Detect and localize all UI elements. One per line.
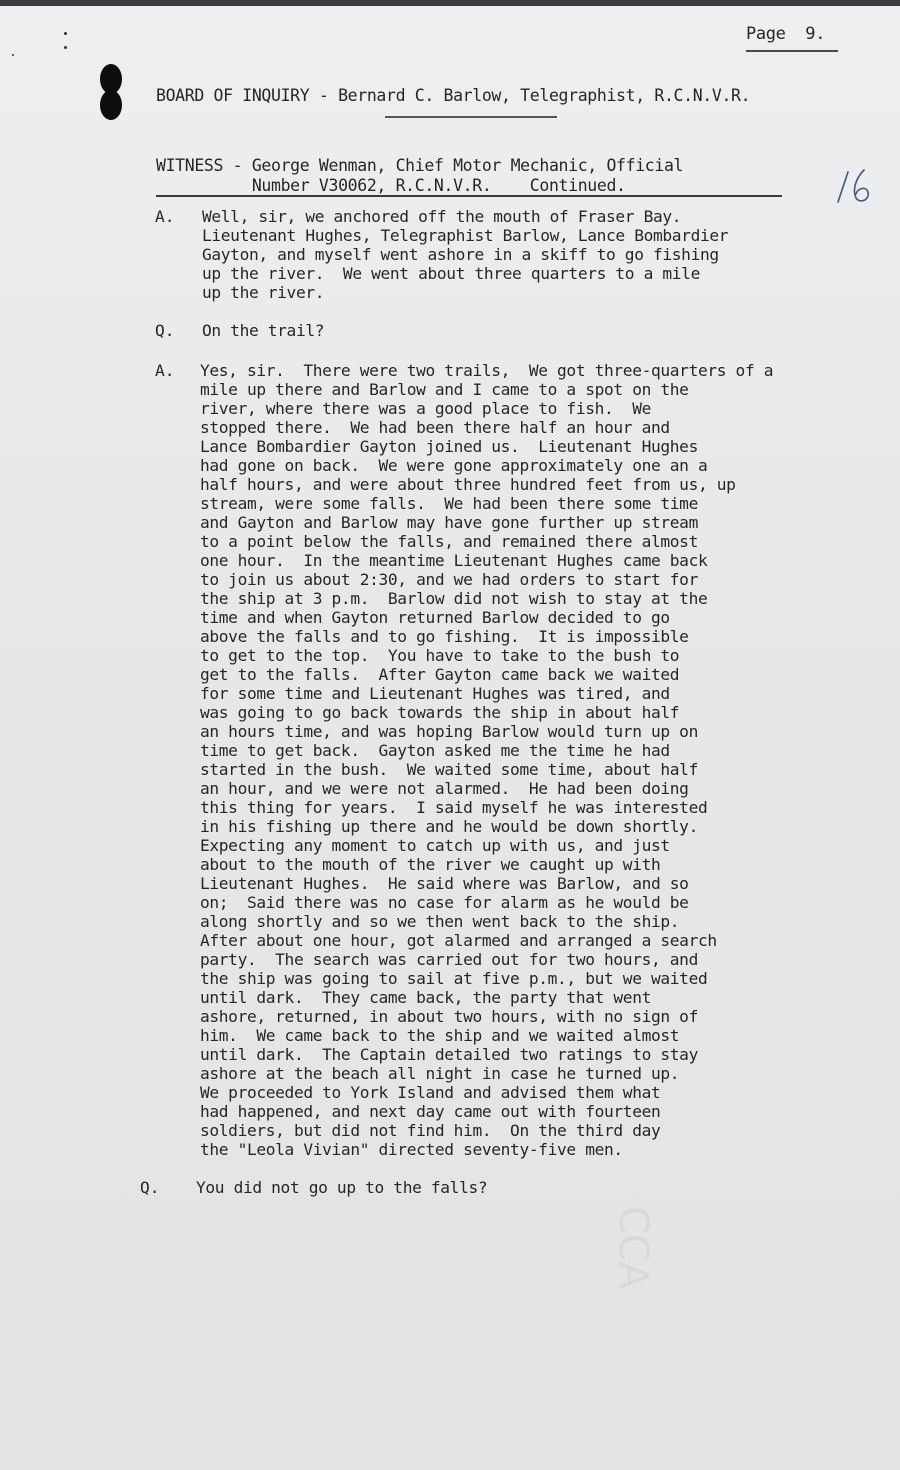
transcript-line: had happened, and next day came out with…	[200, 1102, 773, 1121]
answer-label: A.	[155, 361, 175, 380]
transcript-line: Yes, sir. There were two trails, We got …	[200, 361, 773, 380]
transcript-line: Lieutenant Hughes, Telegraphist Barlow, …	[202, 226, 728, 245]
question-label: Q.	[140, 1178, 160, 1197]
handwritten-page-note-icon	[834, 166, 878, 206]
transcript-line: to a point below the falls, and remained…	[200, 532, 773, 551]
transcript-line: until dark. They came back, the party th…	[200, 988, 773, 1007]
page-number-underline	[746, 50, 838, 52]
transcript-line: mile up there and Barlow and I came to a…	[200, 380, 773, 399]
transcript-line: along shortly and so we then went back t…	[200, 912, 773, 931]
document-title: BOARD OF INQUIRY - Bernard C. Barlow, Te…	[156, 86, 750, 105]
question-text: You did not go up to the falls?	[196, 1178, 487, 1197]
transcript-line: river, where there was a good place to f…	[200, 399, 773, 418]
paper-speck	[12, 54, 14, 56]
transcript-line: had gone on back. We were gone approxima…	[200, 456, 773, 475]
transcript-line: ashore at the beach all night in case he…	[200, 1064, 773, 1083]
svg-text:CCA: CCA	[610, 1206, 656, 1290]
transcript-line: Well, sir, we anchored off the mouth of …	[202, 207, 728, 226]
faint-watermark-icon: CCA	[610, 1206, 660, 1446]
transcript-line: the ship at 3 p.m. Barlow did not wish t…	[200, 589, 773, 608]
transcript-line: and Gayton and Barlow may have gone furt…	[200, 513, 773, 532]
transcript-line: on; Said there was no case for alarm as …	[200, 893, 773, 912]
transcript-line: above the falls and to go fishing. It is…	[200, 627, 773, 646]
witness-line-2: Number V30062, R.C.N.V.R. Continued.	[156, 176, 626, 195]
transcript-line: until dark. The Captain detailed two rat…	[200, 1045, 773, 1064]
paper-speck	[64, 32, 67, 35]
transcript-line: him. We came back to the ship and we wai…	[200, 1026, 773, 1045]
witness-underline	[156, 195, 782, 197]
transcript-line: You did not go up to the falls?	[196, 1178, 487, 1197]
transcript-line: to get to the top. You have to take to t…	[200, 646, 773, 665]
transcript-line: an hour, and we were not alarmed. He had…	[200, 779, 773, 798]
transcript-line: Lieutenant Hughes. He said where was Bar…	[200, 874, 773, 893]
transcript-line: an hours time, and was hoping Barlow wou…	[200, 722, 773, 741]
paper-speck	[64, 46, 67, 49]
answer-text: Well, sir, we anchored off the mouth of …	[202, 207, 728, 302]
transcript-line: the ship was going to sail at five p.m.,…	[200, 969, 773, 988]
transcript-line: was going to go back towards the ship in…	[200, 703, 773, 722]
transcript-line: Lance Bombardier Gayton joined us. Lieut…	[200, 437, 773, 456]
transcript-line: After about one hour, got alarmed and ar…	[200, 931, 773, 950]
transcript-line: the "Leola Vivian" directed seventy-five…	[200, 1140, 773, 1159]
page-number: Page 9.	[746, 25, 825, 44]
transcript-line: about to the mouth of the river we caugh…	[200, 855, 773, 874]
transcript-line: Expecting any moment to catch up with us…	[200, 836, 773, 855]
transcript-line: soldiers, but did not find him. On the t…	[200, 1121, 773, 1140]
title-underline	[385, 116, 557, 118]
answer-text: Yes, sir. There were two trails, We got …	[200, 361, 773, 1159]
transcript-line: stream, were some falls. We had been the…	[200, 494, 773, 513]
binder-punch-hole-icon	[96, 64, 128, 124]
transcript-line: in his fishing up there and he would be …	[200, 817, 773, 836]
document-page: Page 9. BOARD OF INQUIRY - Bernard C. Ba…	[0, 6, 900, 1470]
transcript-line: Gayton, and myself went ashore in a skif…	[202, 245, 728, 264]
transcript-line: up the river.	[202, 283, 728, 302]
answer-label: A.	[155, 207, 175, 226]
transcript-line: time and when Gayton returned Barlow dec…	[200, 608, 773, 627]
question-label: Q.	[155, 321, 175, 340]
transcript-line: On the trail?	[202, 321, 324, 340]
witness-line-1: WITNESS - George Wenman, Chief Motor Mec…	[156, 156, 683, 175]
question-text: On the trail?	[202, 321, 324, 340]
transcript-line: for some time and Lieutenant Hughes was …	[200, 684, 773, 703]
transcript-line: started in the bush. We waited some time…	[200, 760, 773, 779]
transcript-line: time to get back. Gayton asked me the ti…	[200, 741, 773, 760]
transcript-line: stopped there. We had been there half an…	[200, 418, 773, 437]
transcript-line: ashore, returned, in about two hours, wi…	[200, 1007, 773, 1026]
transcript-line: one hour. In the meantime Lieutenant Hug…	[200, 551, 773, 570]
transcript-line: to join us about 2:30, and we had orders…	[200, 570, 773, 589]
transcript-line: party. The search was carried out for tw…	[200, 950, 773, 969]
transcript-line: up the river. We went about three quarte…	[202, 264, 728, 283]
transcript-line: this thing for years. I said myself he w…	[200, 798, 773, 817]
transcript-line: get to the falls. After Gayton came back…	[200, 665, 773, 684]
transcript-line: We proceeded to York Island and advised …	[200, 1083, 773, 1102]
transcript-line: half hours, and were about three hundred…	[200, 475, 773, 494]
